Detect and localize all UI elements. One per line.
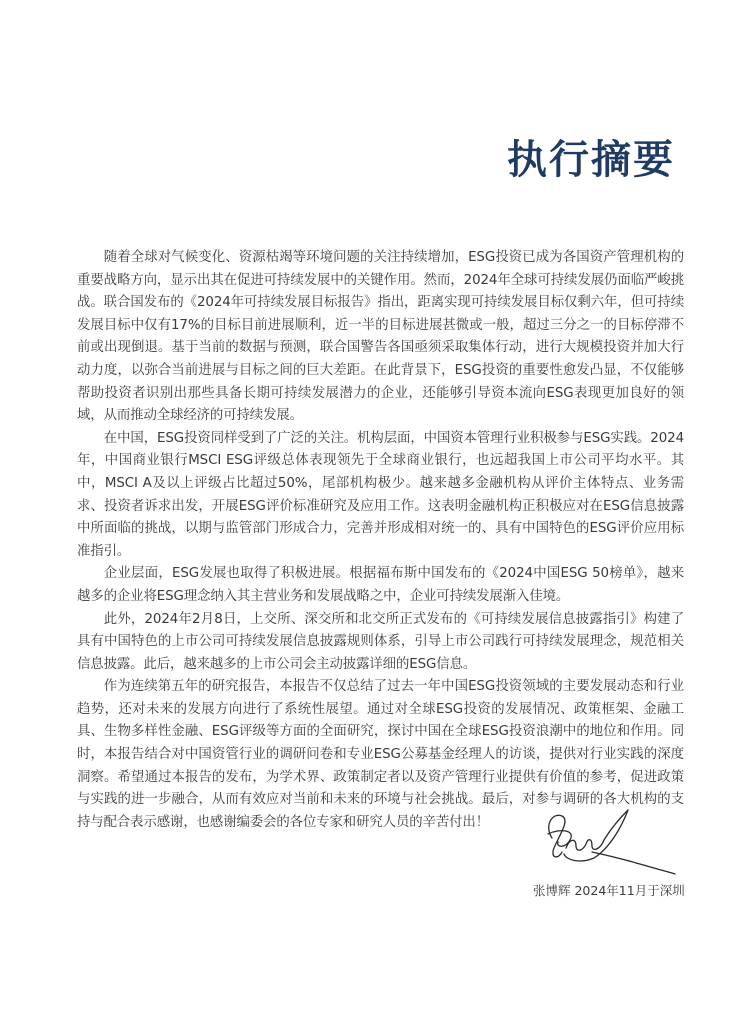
executive-summary-body: 随着全球对气候变化、资源枯竭等环境问题的关注持续增加，ESG投资已成为各国资产管… (77, 247, 684, 834)
paragraph-china-institutions: 在中国，ESG投资同样受到了广泛的关注。机构层面，中国资本管理行业积极参与ESG… (77, 428, 684, 564)
signer-line: 张博辉 2024年11月于深圳 (533, 881, 685, 899)
paragraph-disclosure-guidelines: 此外，2024年2月8日，上交所、深交所和北交所正式发布的《可持续发展信息披露指… (77, 609, 684, 677)
page-title: 执行摘要 (507, 128, 675, 185)
paragraph-global-esg: 随着全球对气候变化、资源枯竭等环境问题的关注持续增加，ESG投资已成为各国资产管… (77, 247, 684, 428)
paragraph-enterprise-level: 企业层面，ESG发展也取得了积极进展。根据福布斯中国发布的《2024中国ESG … (77, 563, 684, 608)
signature-icon (530, 808, 690, 878)
